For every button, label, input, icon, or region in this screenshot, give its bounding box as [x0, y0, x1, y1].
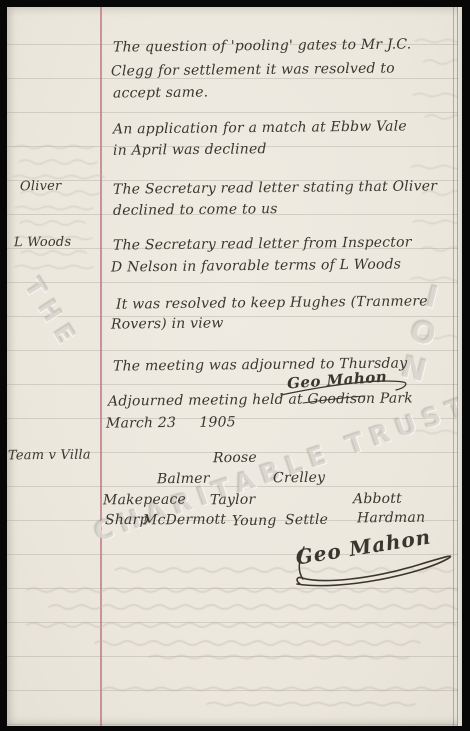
handwritten-line: accept same. — [113, 85, 208, 102]
player-name: Makepeace — [103, 492, 186, 509]
page-fold-line — [453, 7, 454, 726]
handwritten-line: The Secretary read letter from Inspector — [113, 234, 412, 253]
player-name: Settle — [285, 512, 328, 528]
handwritten-line: March 23 1905 — [106, 414, 236, 431]
handwritten-line: The question of 'pooling' gates to Mr J.… — [113, 36, 412, 55]
player-name: Crelley — [273, 470, 325, 487]
handwritten-line: Adjourned meeting held at Goodison Park — [108, 390, 413, 409]
player-name: Roose — [213, 450, 257, 466]
player-name: Abbott — [353, 491, 402, 508]
player-name: Young — [232, 513, 277, 529]
handwritten-line: Rovers) in view — [111, 315, 224, 332]
player-name: Hardman — [357, 510, 425, 527]
scanned-minutes-page: THE ION CHARITABLE TRUST The question of… — [0, 0, 470, 731]
margin-note-team: Team v Villa — [8, 448, 91, 464]
notebook-paper: THE ION CHARITABLE TRUST The question of… — [7, 7, 462, 726]
player-name: Balmer — [157, 471, 210, 488]
handwritten-line: D Nelson in favorable terms of L Woods — [111, 256, 401, 275]
handwritten-line: It was resolved to keep Hughes (Tranmere — [116, 293, 428, 312]
handwritten-line: in April was declined — [113, 141, 267, 159]
handwritten-line: Clegg for settlement it was resolved to — [111, 61, 395, 80]
margin-note-oliver: Oliver — [20, 179, 62, 194]
player-name: McDermott — [143, 512, 226, 529]
margin-note-woods: L Woods — [14, 235, 71, 251]
handwritten-line: The Secretary read letter stating that O… — [113, 178, 437, 197]
adjacent-page-edge — [458, 7, 462, 726]
player-name: Taylor — [210, 492, 255, 508]
handwritten-line: declined to come to us — [113, 201, 278, 219]
handwritten-line: An application for a match at Ebbw Vale — [113, 118, 407, 137]
